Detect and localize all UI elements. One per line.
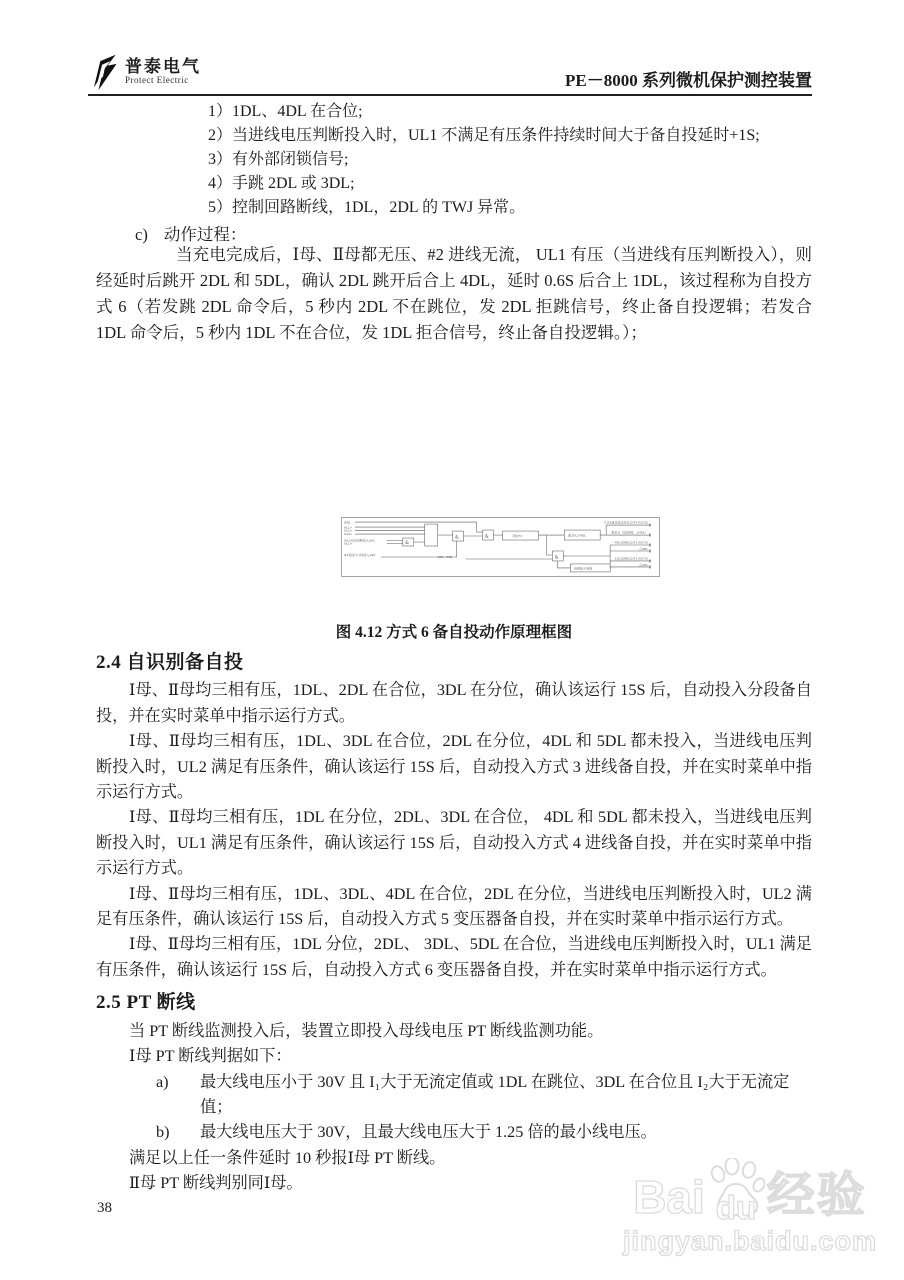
paragraph: Ⅰ母、Ⅱ母均三相有压，1DL、3DL、4DL 在合位，2DL 在分位，当进线电压… <box>96 882 812 933</box>
action-process-paragraph: 当充电完成后，Ⅰ母、Ⅱ母都无压、#2 进线无流， UL1 有压（当进线有压判断投… <box>96 242 812 346</box>
figure-caption: 图 4.12 方式 6 备自投动作原理框图 <box>96 620 812 642</box>
diagram-input-label: 充电 <box>344 519 350 524</box>
page-number: 38 <box>97 1200 112 1217</box>
company-logo: 普泰电气 Protect Electric <box>88 53 201 94</box>
and-gate-symbol: & <box>485 534 489 540</box>
watermark-url-text: jingyan.baidu.com <box>600 1226 900 1257</box>
list-item: 4）手跳 2DL 或 3DL; <box>208 172 760 196</box>
watermark-bai-text: Bai <box>633 1174 705 1220</box>
diagram-output-label: 跳2DL（Ⅰ段闭锁，合4DL） <box>612 530 648 535</box>
diagram-output-label: 方式6备自投动作出口(F1-X2/Y2) <box>604 520 648 525</box>
diagram-output-label: 合4DL <box>639 546 648 551</box>
watermark-logo-row: Bai du 经验 <box>600 1158 900 1220</box>
list-item: 3）有外部闭锁信号; <box>208 148 760 172</box>
paragraph: Ⅰ母、Ⅱ母均三相有压，1DL 在分位，2DL、3DL 在合位， 4DL 和 5D… <box>96 805 812 881</box>
watermark-jingyan-text: 经验 <box>767 1172 867 1220</box>
logo-arrow-icon <box>88 53 118 91</box>
twj-signal-label: 2DL—TWJ <box>438 555 453 559</box>
paragraph: Ⅰ母、Ⅱ母均三相有压，1DL、2DL 在合位，3DL 在分位，确认该运行 15S… <box>96 678 812 729</box>
figure-4-12-diagram: & & & & 延时T1 跳2DL合4DL 拒跳拒合判别 2DL—TWJ 充电 … <box>341 517 660 579</box>
page-header: 普泰电气 Protect Electric PE－8000 系列微机保护测控装置 <box>88 46 812 96</box>
body-sections: 2.4 自识别备自投 Ⅰ母、Ⅱ母均三相有压，1DL、2DL 在合位，3DL 在分… <box>96 650 812 1197</box>
logo-company-name: 普泰电气 <box>125 58 201 76</box>
section-2-4-heading: 2.4 自识别备自投 <box>96 650 812 675</box>
criterion-item-b: b) 最大线电压大于 30V，且最大线电压大于 1.25 倍的最小线电压。 <box>96 1120 812 1145</box>
watermark-du-text: du <box>716 1191 756 1224</box>
delay-box-label: 延时T1 <box>512 533 522 538</box>
item-text: 最大线电压大于 30V，且最大线电压大于 1.25 倍的最小线电压。 <box>200 1120 812 1145</box>
list-item: 1）1DL、4DL 在合位; <box>208 100 760 124</box>
condition-list: 1）1DL、4DL 在合位; 2）当进线电压判断投入时，UL1 不满足有压条件持… <box>208 100 760 220</box>
item-label: b) <box>156 1120 200 1145</box>
diagram-input-label: UL1> <box>344 542 353 546</box>
paragraph: 当 PT 断线监测投入后，装置立即投入母线电压 PT 断线监测功能。 <box>96 1019 812 1044</box>
paragraph: Ⅰ母、Ⅱ母均三相有压，1DL 分位，2DL、 3DL、5DL 在合位，当进线电压… <box>96 932 812 983</box>
logic-block-diagram: & & & & 延时T1 跳2DL合4DL 拒跳拒合判别 2DL—TWJ 充电 … <box>341 517 660 579</box>
section-2-5-heading: 2.5 PT 断线 <box>96 990 812 1015</box>
action-box-label: 跳2DL合4DL <box>568 533 586 538</box>
item-label: a) <box>156 1070 200 1121</box>
logo-text: 普泰电气 Protect Electric <box>125 58 201 85</box>
diagram-output-label: 合1DL <box>639 562 648 567</box>
list-item: 5）控制回路断线，1DL，2DL 的 TWJ 异常。 <box>208 196 760 220</box>
diagram-input-label: #1进线(方式6投入)/62 <box>344 552 375 557</box>
and-gate-symbol: & <box>455 535 459 541</box>
criterion-item-a: a) 最大线电压小于 30V 且 I₁大于无流定值或 1DL 在跳位、3DL 在… <box>96 1070 812 1121</box>
reject-box-label: 拒跳拒合判别 <box>574 565 592 570</box>
diagram-output-label: 4DL合闸出口(F1-X2/Y2) <box>615 540 648 545</box>
diagram-output-label: 1DL合闸出口(F1-X2/Y2) <box>615 555 648 560</box>
list-item: 2）当进线电压判断投入时，UL1 不满足有压条件持续时间大于备自投延时+1S; <box>208 124 760 148</box>
logo-company-name-en: Protect Electric <box>125 76 201 85</box>
document-title: PE－8000 系列微机保护测控装置 <box>565 66 812 94</box>
baidu-paw-icon: du <box>707 1158 765 1220</box>
diagram-input-label: Ua2> <box>344 532 353 536</box>
baidu-jingyan-watermark: Bai du 经验 jingyan.baidu.com <box>600 1158 900 1257</box>
and-gate-symbol: & <box>405 540 409 546</box>
and-gate-symbol: & <box>555 554 559 560</box>
item-text: 最大线电压小于 30V 且 I₁大于无流定值或 1DL 在跳位、3DL 在合位且… <box>200 1070 812 1121</box>
paragraph: Ⅰ母、Ⅱ母均三相有压，1DL、3DL 在合位，2DL 在分位，4DL 和 5DL… <box>96 729 812 805</box>
paragraph: Ⅰ母 PT 断线判据如下： <box>96 1044 812 1069</box>
